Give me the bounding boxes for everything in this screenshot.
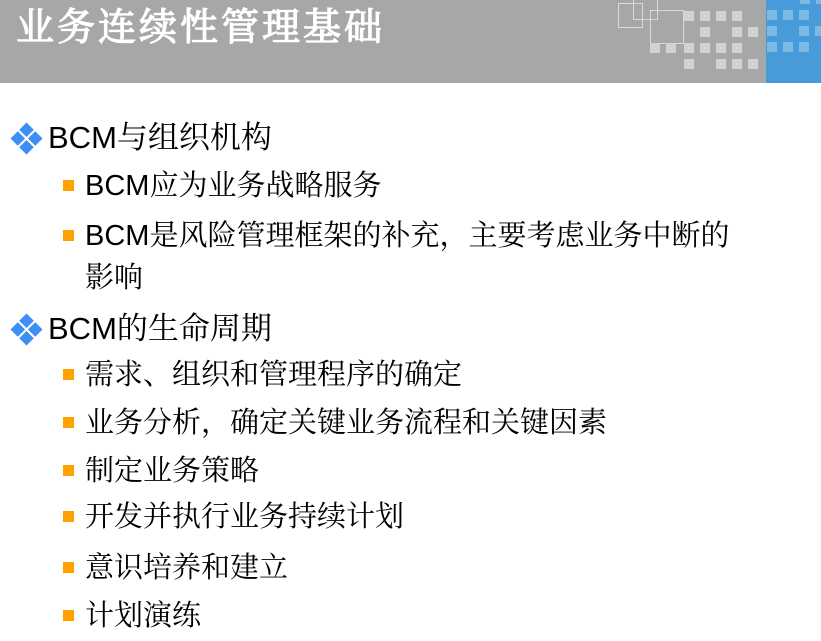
decor-gray-square (700, 11, 710, 21)
slide: 业务连续性管理基础 BCM与组织机构 BCM应为业务战略服务 BCM是风险管理 (0, 0, 821, 641)
bullet-item-l2: 意识培养和建立 (0, 547, 288, 589)
bullet-item-label: BCM的生命周期 (48, 307, 272, 351)
decor-gray-square (732, 59, 742, 69)
bullet-item-label: 制定业务策略 (85, 450, 259, 492)
bullet-item-line2: 影响 (85, 257, 729, 299)
decor-gray-square (732, 27, 742, 37)
bullet-item-l2: 制定业务策略 (0, 450, 259, 492)
decor-gray-square (716, 11, 726, 21)
bullet-item-l1: BCM与组织机构 (0, 116, 272, 160)
decor-blue-square (799, 26, 809, 36)
decor-blue-square (783, 42, 793, 52)
decor-gray-square (748, 59, 758, 69)
bullet-item-label: 意识培养和建立 (85, 547, 288, 589)
decor-gray-square (666, 43, 676, 53)
decor-gray-square (700, 43, 710, 53)
decor-blue-square (767, 10, 777, 20)
diamond-bullet-icon (10, 313, 43, 346)
bullet-item-l2: 需求、组织和管理程序的确定 (0, 354, 462, 396)
decor-gray-square (732, 11, 742, 21)
decor-gray-square (684, 11, 694, 21)
diamond-bullet-icon (10, 122, 43, 155)
bullet-item-l2: 业务分析，确定关键业务流程和关键因素 (0, 402, 607, 444)
orange-square-icon (63, 369, 74, 380)
decor-gray-square (716, 59, 726, 69)
bullet-item-l2: 计划演练 (0, 595, 201, 637)
decor-gray-square (650, 43, 660, 53)
bullet-item-l2: BCM是风险管理框架的补充，主要考虑业务中断的 影响 (0, 215, 729, 299)
orange-square-icon (63, 230, 74, 241)
orange-square-icon (63, 180, 74, 191)
bullet-item-l2: 开发并执行业务持续计划 (0, 496, 404, 538)
decor-outline-square (650, 10, 684, 44)
decor-blue-square (800, 0, 810, 4)
bullet-item-l1: BCM的生命周期 (0, 307, 272, 351)
decor-blue-square (767, 42, 777, 52)
orange-square-icon (63, 610, 74, 621)
decor-blue-square (815, 26, 821, 36)
bullet-item-label: 业务分析，确定关键业务流程和关键因素 (85, 402, 607, 444)
orange-square-icon (63, 511, 74, 522)
orange-square-icon (63, 417, 74, 428)
decor-gray-square (684, 43, 694, 53)
decor-gray-square (684, 59, 694, 69)
bullet-item-label: 计划演练 (85, 595, 201, 637)
bullet-item-label: BCM应为业务战略服务 (85, 165, 381, 207)
decor-gray-square (732, 43, 742, 53)
bullet-item-line1: BCM是风险管理框架的补充，主要考虑业务中断的 (85, 215, 729, 257)
decor-blue-square (783, 10, 793, 20)
bullet-item-label: BCM是风险管理框架的补充，主要考虑业务中断的 影响 (85, 215, 729, 299)
decor-blue-square (816, 0, 821, 4)
decor-gray-square (700, 27, 710, 37)
decor-gray-square (716, 43, 726, 53)
decor-blue-square (799, 42, 809, 52)
decor-blue-square (799, 10, 809, 20)
bullet-item-l2: BCM应为业务战略服务 (0, 165, 381, 207)
bullet-item-label: 需求、组织和管理程序的确定 (85, 354, 462, 396)
bullet-item-label: 开发并执行业务持续计划 (85, 496, 404, 538)
bullet-item-label: BCM与组织机构 (48, 116, 272, 160)
decor-blue-square (767, 26, 777, 36)
orange-square-icon (63, 465, 74, 476)
slide-title: 业务连续性管理基础 (16, 5, 385, 51)
orange-square-icon (63, 562, 74, 573)
decor-gray-square (748, 27, 758, 37)
